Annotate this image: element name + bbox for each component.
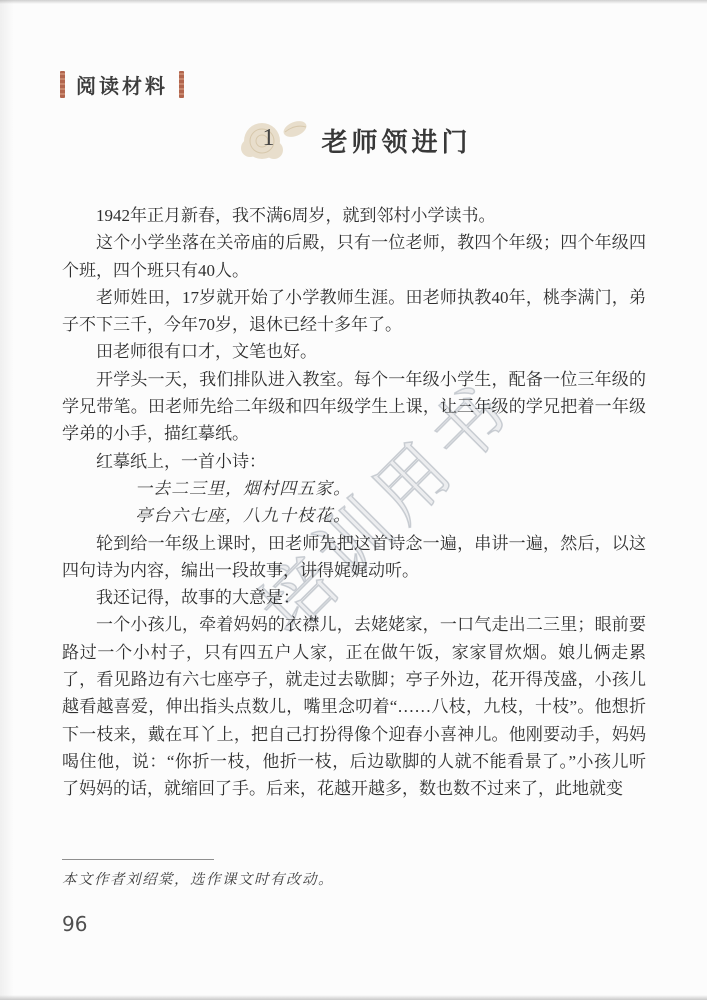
paragraph-3: 老师姓田，17岁就开始了小学教师生涯。田老师执教40年，桃李满门，弟子不下三千，… bbox=[62, 284, 646, 339]
section-header: 阅读材料 bbox=[60, 70, 184, 99]
poem-line-1: 一去二三里，烟村四五家。 bbox=[62, 475, 646, 502]
poem-line-2: 亭台六七座，八九十枝花。 bbox=[62, 502, 646, 529]
section-header-label: 阅读材料 bbox=[76, 70, 168, 99]
lesson-number-wrap: 1 bbox=[235, 116, 313, 164]
lesson-body: 1942年正月新春，我不满6周岁，就到邻村小学读书。 这个小学坐落在关帝庙的后殿… bbox=[62, 202, 646, 803]
paragraph-2: 这个小学坐落在关帝庙的后殿，只有一位老师，教四个年级；四个年级四个班，四个班只有… bbox=[62, 229, 646, 284]
flower-ornament-icon bbox=[235, 116, 313, 164]
scan-edge-top bbox=[0, 0, 707, 4]
paragraph-9: 一个小孩儿，牵着妈妈的衣襟儿，去姥姥家，一口气走出二三里；眼前要路过一个小村子，… bbox=[62, 611, 646, 802]
page-number: 96 bbox=[62, 912, 87, 936]
paragraph-4: 田老师很有口才，文笔也好。 bbox=[62, 338, 646, 365]
footnote-text: 本文作者刘绍棠，选作课文时有改动。 bbox=[62, 868, 334, 889]
paragraph-5: 开学头一天，我们排队进入教室。每个一年级小学生，配备一位三年级的学兄带笔。田老师… bbox=[62, 366, 646, 448]
lesson-title: 1 老师领进门 bbox=[0, 116, 707, 164]
paragraph-8: 我还记得，故事的大意是： bbox=[62, 584, 646, 611]
paragraph-6: 红摹纸上，一首小诗： bbox=[62, 448, 646, 475]
lesson-title-text: 老师领进门 bbox=[321, 122, 471, 159]
paragraph-7: 轮到给一年级上课时，田老师先把这首诗念一遍，串讲一遍，然后，以这四句诗为内容，编… bbox=[62, 530, 646, 585]
paragraph-1: 1942年正月新春，我不满6周岁，就到邻村小学读书。 bbox=[62, 202, 646, 229]
header-right-bar-icon bbox=[179, 71, 184, 98]
header-left-bar-icon bbox=[60, 71, 65, 98]
lesson-number: 1 bbox=[262, 125, 274, 152]
scan-edge-bottom bbox=[0, 995, 707, 1000]
book-page: 培训用书 阅读材料 1 老师领进门 bbox=[0, 0, 707, 1000]
footnote-divider bbox=[62, 859, 214, 860]
